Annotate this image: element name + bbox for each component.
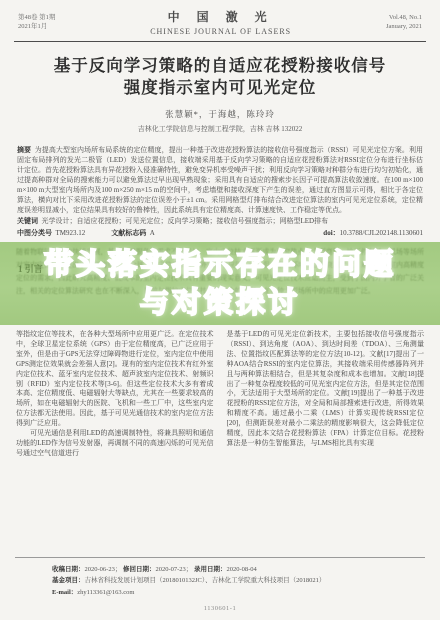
overlay-headline-line2: 与对策探讨 <box>140 284 300 322</box>
fund-line: 基金项目：吉林省科技发展计划项目（2018010132JC）、吉林化工学院重大科… <box>52 575 420 587</box>
revised-date: 2020-07-23； <box>155 566 192 573</box>
journal-name-en: CHINESE JOURNAL OF LASERS <box>150 27 291 36</box>
journal-header: 第48卷 第1期 2021年1月 中 国 激 光 CHINESE JOURNAL… <box>0 0 440 38</box>
paper-page: 第48卷 第1期 2021年1月 中 国 激 光 CHINESE JOURNAL… <box>0 0 440 620</box>
footer-divider <box>15 557 425 558</box>
header-volume-en-block: Vol.48, No.1 January, 2021 <box>386 13 422 31</box>
dates-line: 收稿日期：2020-06-23； 修回日期：2020-07-23； 录用日期：2… <box>52 564 420 576</box>
authors: 张慧颖*，于海越，陈玲玲 <box>0 108 440 120</box>
keywords-row: 关键词 光学设计；自适应花授粉；可见光定位；反向学习策略；接收信号强度指示；网格… <box>17 216 423 227</box>
doi-label: doi： <box>323 228 339 239</box>
volume-issue-en: Vol.48, No.1 <box>386 13 422 22</box>
accepted-label: 录用日期： <box>194 566 227 573</box>
paper-title-line2: 强度指示室内可见光定位 <box>0 77 440 99</box>
clc-label: 中图分类号 <box>17 228 52 239</box>
volume-issue-cn: 第48卷 第1期 <box>18 13 55 22</box>
journal-name-cn: 中 国 激 光 <box>150 8 291 25</box>
date-en: January, 2021 <box>386 22 422 31</box>
page-footer: 收稿日期：2020-06-23； 修回日期：2020-07-23； 录用日期：2… <box>0 557 440 613</box>
accepted-date: 2020-08-04 <box>226 566 256 573</box>
date-cn: 2021年1月 <box>18 22 55 31</box>
journal-name-block: 中 国 激 光 CHINESE JOURNAL OF LASERS <box>150 8 291 36</box>
footer-notes: 收稿日期：2020-06-23； 修回日期：2020-07-23； 录用日期：2… <box>0 564 440 599</box>
overlay-banner: 随着物联网技术的快速发展，基于位置服务的需求不断增加，室内定位技术逐渐成为研究热… <box>0 242 440 325</box>
keywords-text: 光学设计；自适应花授粉；可见光定位；反向学习策略；接收信号强度指示；网格型LED… <box>42 216 329 227</box>
header-volume-block: 第48卷 第1期 2021年1月 <box>18 13 55 31</box>
email-value: zhy113361@163.com <box>77 589 134 596</box>
page-number: 1130601-1 <box>0 605 440 612</box>
abstract-text: 为提高大型室内场所布局系统的定位精度，提出一种基于改进花授粉算法的接收信号强度指… <box>17 146 423 214</box>
abstract: 摘要 为提高大型室内场所布局系统的定位精度，提出一种基于改进花授粉算法的接收信号… <box>17 145 423 215</box>
overlay-headline: 带头落实指示存在的问题 与对策探讨 <box>0 242 440 325</box>
affiliation: 吉林化工学院信息与控制工程学院，吉林 吉林 132022 <box>0 124 440 134</box>
keywords-label: 关键词 <box>17 216 38 227</box>
classification-row: 中图分类号 TM923.12 文献标志码 A doi：10.3788/CJL20… <box>17 228 423 239</box>
overlay-headline-line1: 带头落实指示存在的问题 <box>44 246 396 284</box>
clc-value: TM923.12 <box>56 228 86 239</box>
paper-title-line1: 基于反向学习策略的自适应花授粉接收信号 <box>0 55 440 77</box>
fund-label: 基金项目： <box>52 577 85 584</box>
paper-title: 基于反向学习策略的自适应花授粉接收信号 强度指示室内可见光定位 <box>0 55 440 99</box>
doi-value: 10.3788/CJL202148.1130601 <box>340 228 423 239</box>
header-divider <box>14 41 426 42</box>
doc-code-label: 文献标志码 <box>111 228 146 239</box>
received-label: 收稿日期： <box>52 566 85 573</box>
received-date: 2020-06-23； <box>85 566 122 573</box>
body-columns: 等指纹定位等技术，在各种大型场所中应用更广泛。在定位技术中，全球卫星定位系统（G… <box>16 330 424 459</box>
left-column-paragraph-1: 等指纹定位等技术，在各种大型场所中应用更广泛。在定位技术中，全球卫星定位系统（G… <box>16 330 214 429</box>
fund-text: 吉林省科技发展计划项目（2018010132JC）、吉林化工学院重大科技项目（2… <box>85 577 326 584</box>
left-column-paragraph-2: 可见光通信是利用LED的高速调制特性，将兼具照明和通信功能的LED作为信号发射器… <box>16 429 214 459</box>
right-column-paragraph-1: 是基于LED的可见光定位新技术，主要包括接收信号强度指示（RSSI）、到达角度（… <box>227 330 425 449</box>
email-label: E-mail： <box>52 589 77 596</box>
email-line: E-mail：zhy113361@163.com <box>52 587 420 599</box>
left-column: 等指纹定位等技术，在各种大型场所中应用更广泛。在定位技术中，全球卫星定位系统（G… <box>16 330 214 459</box>
right-column: 是基于LED的可见光定位新技术，主要包括接收信号强度指示（RSSI）、到达角度（… <box>227 330 425 459</box>
revised-label: 修回日期： <box>123 566 156 573</box>
abstract-label: 摘要 <box>17 146 31 154</box>
